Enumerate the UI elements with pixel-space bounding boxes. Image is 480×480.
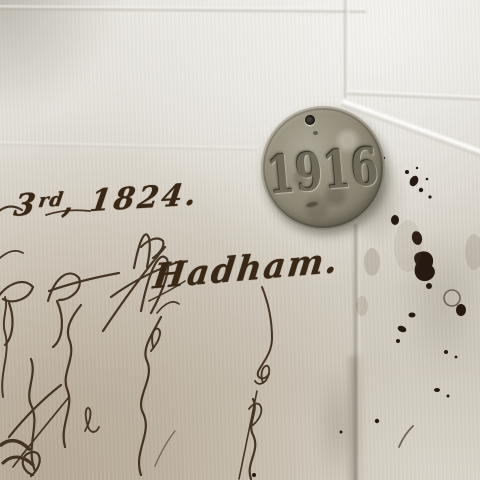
letter-paper	[0, 0, 480, 480]
tag-year-stamp: 1916	[272, 105, 375, 237]
date-day: 3	[12, 187, 41, 224]
photo-letter-with-metal-tag: 3rd, 1824. Hadham. 1916	[0, 0, 480, 480]
metal-tag: 1916	[261, 106, 385, 230]
